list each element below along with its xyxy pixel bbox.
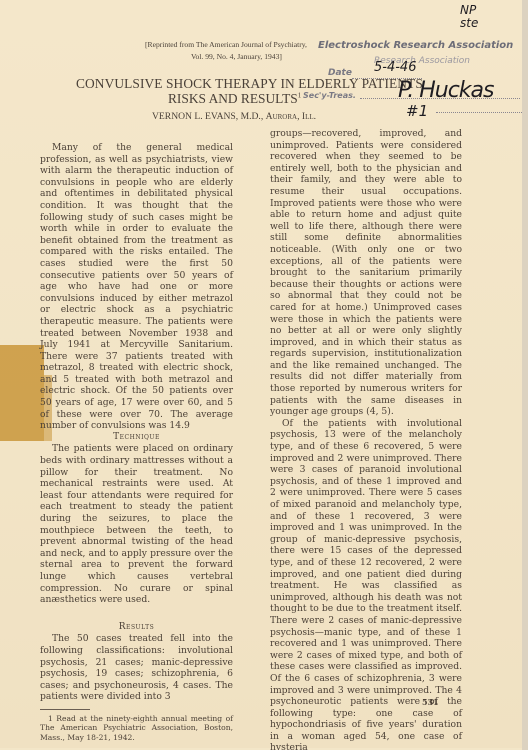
technique-paragraph: The patients were placed on ordinary bed… [40, 443, 233, 605]
footnote: 1 Read at the ninety-eighth annual meeti… [40, 714, 233, 742]
handwritten-date: 5-4-46 [374, 60, 416, 75]
handwritten-number: #1 [406, 102, 428, 120]
results-heading: Results [40, 622, 233, 634]
results-paragraph: The 50 cases treated fell into the follo… [40, 633, 233, 703]
title-footnote-mark: 1 [298, 92, 302, 100]
article-title-line2: RISKS AND RESULTS1 [168, 91, 301, 107]
right-column: groups—recovered, improved, and unimprov… [270, 128, 462, 750]
classification-paragraph: groups—recovered, improved, and unimprov… [270, 128, 462, 418]
author-line: VERNON L. EVANS, M.D., Aurora, Ill. [152, 111, 316, 122]
volume-info: Vol. 99, No. 4, January, 1943] [191, 52, 282, 61]
page-number: 531 [422, 697, 439, 707]
document-page: [Reprinted from The American Journal of … [0, 0, 524, 748]
note-line2: ste [460, 17, 478, 30]
title-text: RISKS AND RESULTS [168, 91, 298, 106]
intro-paragraph: Many of the general medical profession, … [40, 142, 233, 432]
author-name: VERNON L. EVANS, M.D., [152, 111, 263, 122]
handwritten-signature: P. Huckas [398, 78, 494, 103]
stamp-date-label: Date [328, 68, 352, 78]
stamp-secretary-label: Sec'y-Treas. [303, 91, 356, 100]
page-edge [522, 0, 528, 750]
tape-mark [0, 345, 44, 441]
reprint-notice: [Reprinted from The American Journal of … [145, 40, 307, 49]
stamp-organization: Electroshock Research Association [318, 40, 513, 51]
author-location: Aurora, Ill. [266, 111, 316, 122]
footnote-divider [40, 709, 90, 710]
handwritten-corner-note: NPste [460, 4, 478, 30]
technique-heading: Technique [40, 432, 233, 444]
left-column: Many of the general medical profession, … [40, 142, 233, 742]
stamp-number-line [436, 112, 522, 113]
